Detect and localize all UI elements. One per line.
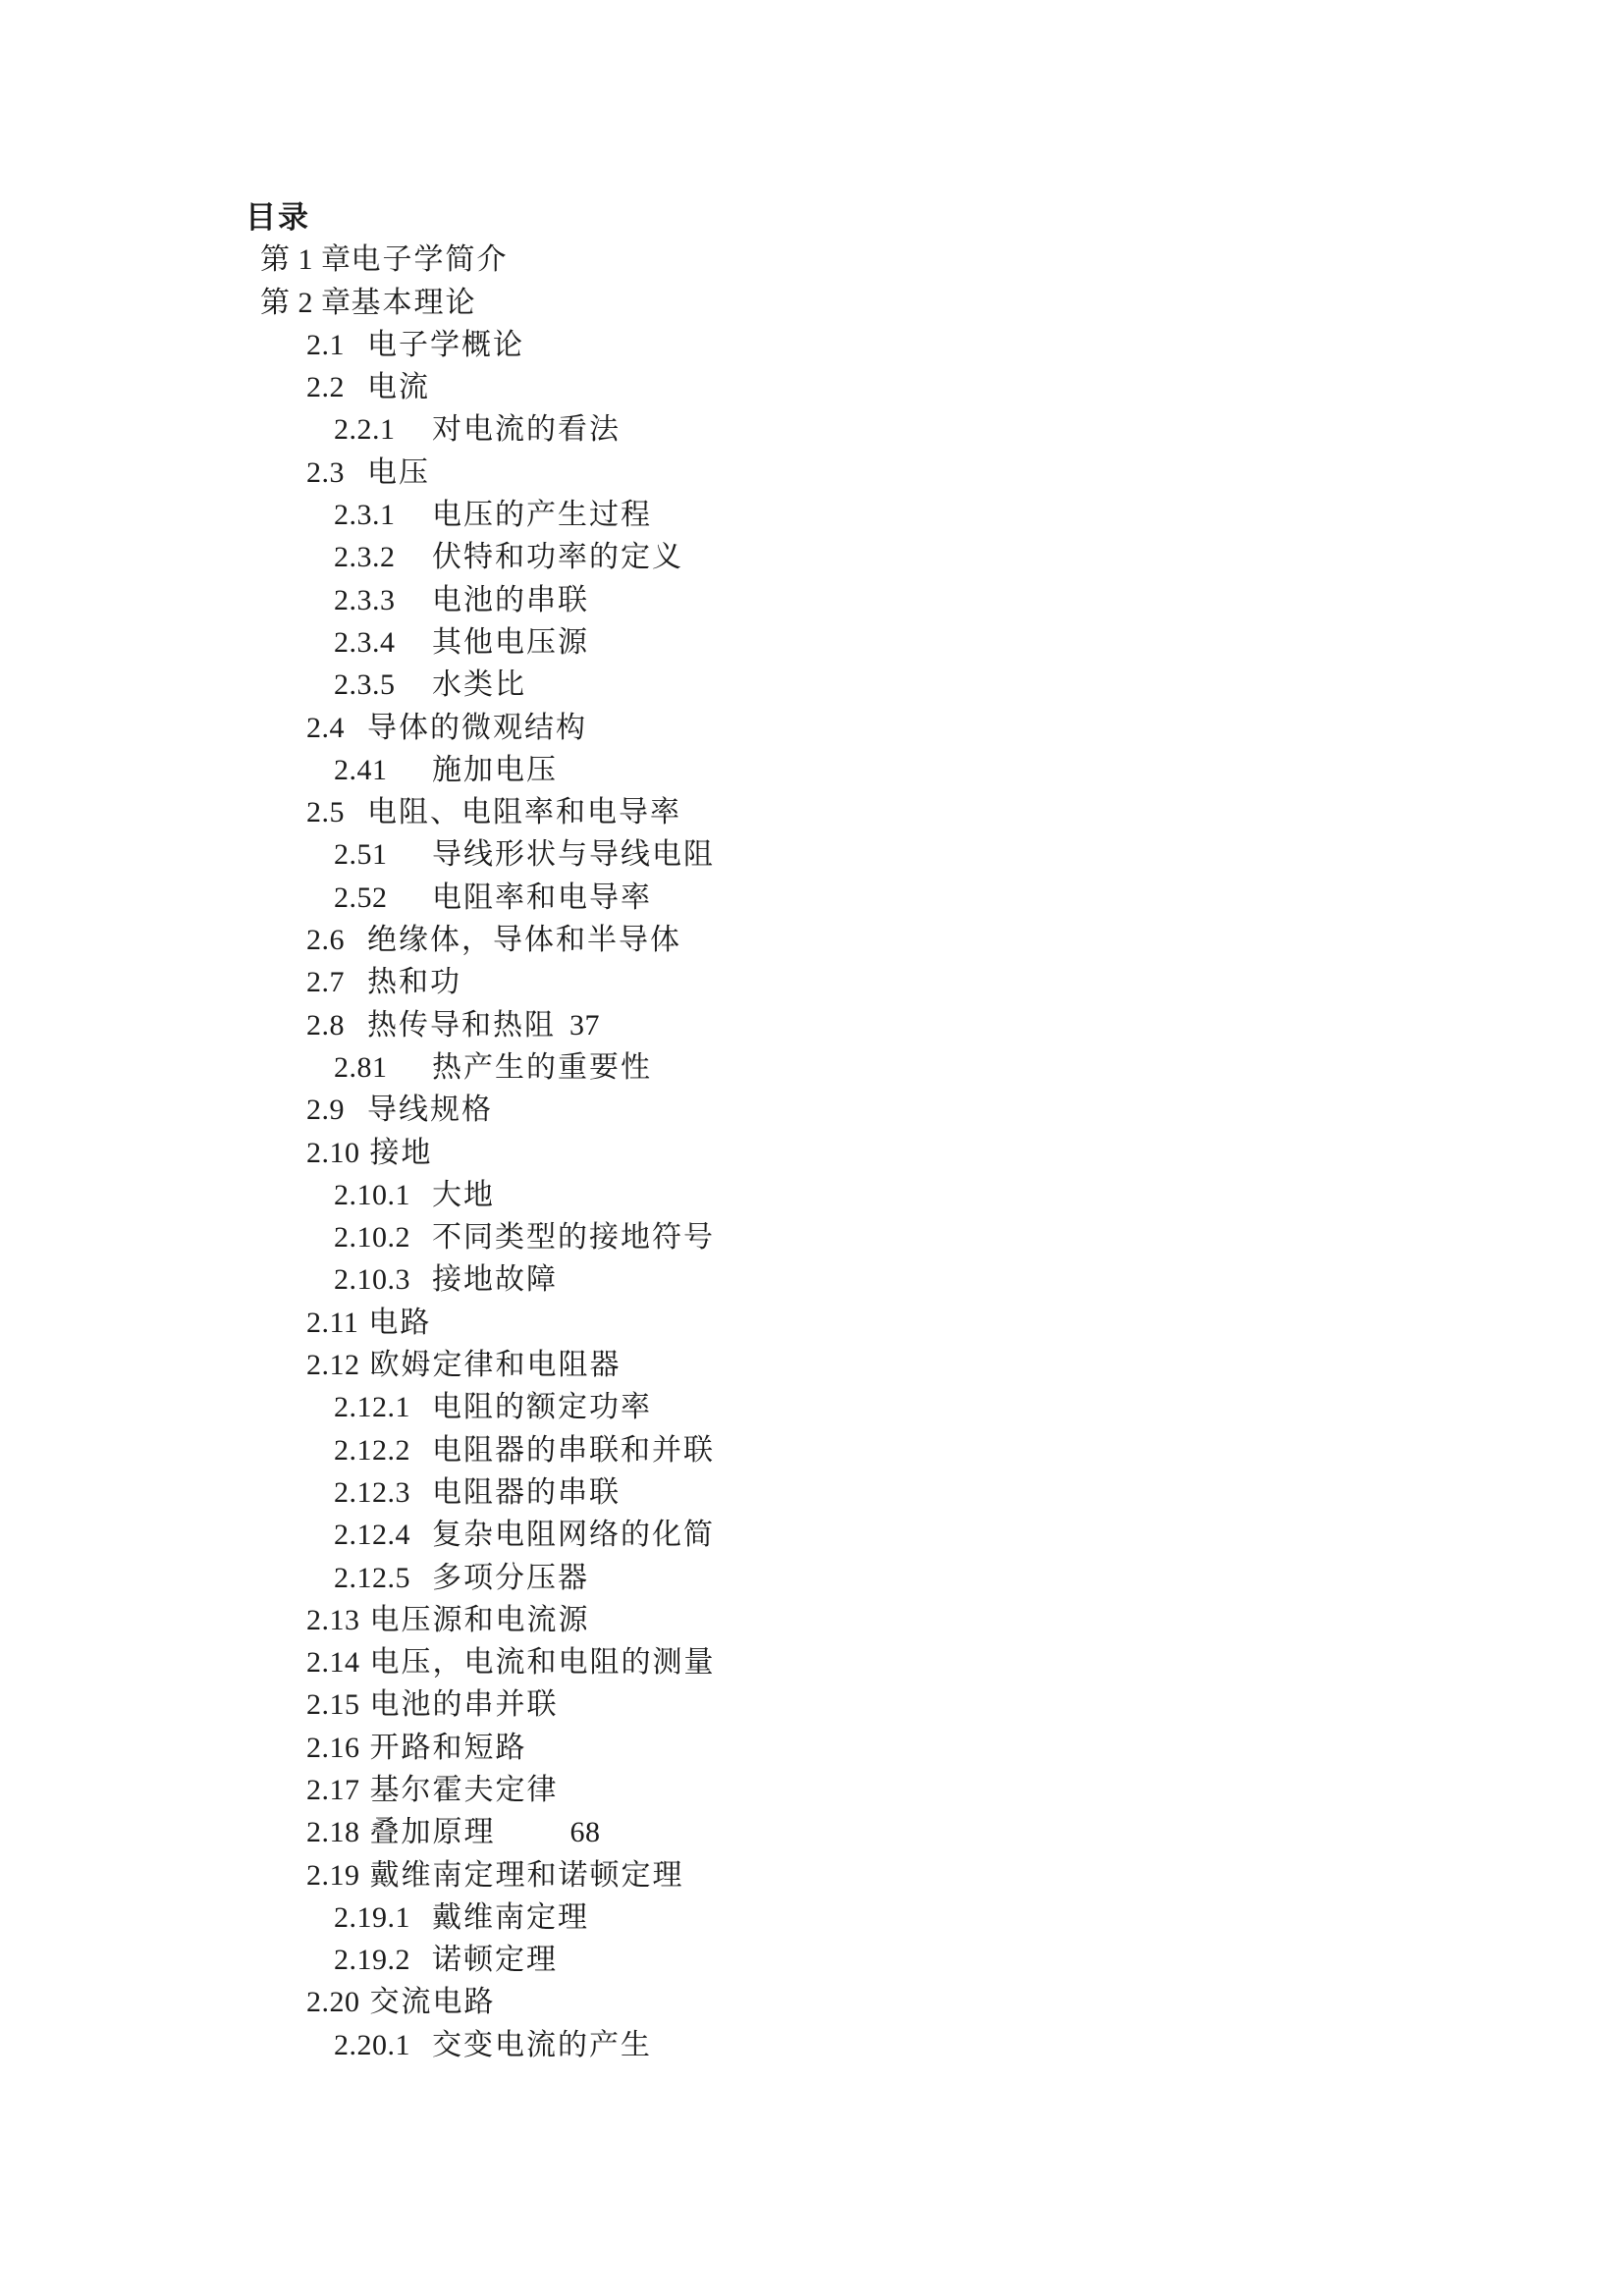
toc-entry-title: 导体的微观结构 [367,712,587,744]
toc-entry: 2.19.2诺顿定理 [0,1939,1624,1981]
toc-entry-title: 其他电压源 [432,626,589,659]
toc-entry-number: 2.11 [306,1302,358,1344]
toc-entry-number: 2.3.2 [334,536,418,578]
toc-entry: 第 1 章电子学简介 [0,239,1624,281]
toc-entry-number: 2.3.5 [334,664,418,706]
toc-entry: 2.2.1对电流的看法 [0,408,1624,451]
toc-entry-number: 2.51 [334,833,418,876]
toc-entry-number: 2.14 [306,1641,360,1683]
toc-entry: 2.41施加电压 [0,749,1624,791]
toc-entry: 2.14电压，电流和电阻的测量 [0,1641,1624,1683]
toc-entry-title: 电阻器的串联和并联 [432,1434,715,1467]
toc-entry-title: 施加电压 [432,754,558,786]
toc-entry: 2.3.1电压的产生过程 [0,494,1624,536]
toc-entry-title: 电压，电流和电阻的测量 [370,1646,716,1679]
toc-entry-number: 2.5 [306,791,357,833]
toc-entry: 2.3.5水类比 [0,664,1624,706]
toc-entry: 第 2 章基本理论 [0,282,1624,324]
toc-entry-title: 导线规格 [367,1094,493,1126]
toc-entry-number: 2.9 [306,1089,357,1131]
toc-entry-title: 基本理论 [352,287,477,319]
toc-entry-number: 第 2 章 [260,287,352,319]
toc-entry: 2.12.1电阻的额定功率 [0,1386,1624,1428]
toc-entry-number: 2.1 [306,324,357,366]
toc-entry: 2.16开路和短路 [0,1727,1624,1769]
toc-entry-number: 2.10.2 [334,1216,418,1258]
toc-entry-number: 2.3.3 [334,579,418,621]
toc-entry-title: 电压源和电流源 [370,1604,590,1636]
toc-entry: 2.20交流电路 [0,1981,1624,2023]
toc-entry-title: 大地 [432,1179,495,1211]
toc-entry-title: 伏特和功率的定义 [432,541,683,573]
toc-entry: 2.6绝缘体，导体和半导体 [0,919,1624,961]
toc-entry: 2.7热和功 [0,961,1624,1003]
toc-entry-number: 2.10 [306,1132,360,1174]
toc-entry: 2.12.5多项分压器 [0,1557,1624,1599]
toc-entry-title: 电池的串联 [432,584,589,616]
toc-title: 目录 [0,196,1624,239]
toc-entry-number: 2.10.3 [334,1258,418,1301]
toc-entry-title: 不同类型的接地符号 [432,1221,715,1254]
toc-entry-title: 电子学简介 [352,243,509,276]
toc-entry-title: 电阻率和电导率 [432,881,652,914]
toc-entry: 2.5电阻、电阻率和电导率 [0,791,1624,833]
toc-entry-number: 2.15 [306,1683,360,1726]
document-scan-page: { "toc": { "title": "目录", "entries": [ {… [0,0,1624,2296]
toc-entry-title: 交变电流的产生 [432,2029,652,2061]
toc-entry: 2.18叠加原理68 [0,1811,1624,1853]
toc-entry-title: 戴维南定理和诺顿定理 [370,1859,684,1892]
toc-entry: 2.12欧姆定律和电阻器 [0,1344,1624,1386]
toc-list: 第 1 章电子学简介第 2 章基本理论2.1电子学概论2.2电流2.2.1对电流… [0,239,1624,2066]
toc-entry: 2.13电压源和电流源 [0,1599,1624,1641]
toc-entry: 2.81热产生的重要性 [0,1046,1624,1089]
toc-entry-number: 2.3.4 [334,621,418,664]
toc-entry: 2.20.1交变电流的产生 [0,2024,1624,2066]
toc-entry: 2.3.4其他电压源 [0,621,1624,664]
toc-entry-title: 基尔霍夫定律 [370,1774,559,1806]
toc-entry: 2.12.3电阻器的串联 [0,1471,1624,1514]
toc-entry-title: 多项分压器 [432,1562,589,1594]
toc-entry-title: 电压的产生过程 [432,499,652,531]
toc-entry-number: 2.20 [306,1981,360,2023]
toc-entry-title: 电压 [367,456,430,489]
toc-entry-title: 接地 [370,1137,433,1169]
toc-entry-title: 热传导和热阻 [367,1009,556,1041]
toc-entry: 2.19.1戴维南定理 [0,1896,1624,1939]
toc-entry-number: 2.4 [306,707,357,749]
toc-entry: 2.19戴维南定理和诺顿定理 [0,1854,1624,1896]
toc-entry-number: 2.6 [306,919,357,961]
toc-entry-page: 37 [569,1009,600,1041]
toc-entry: 2.2电流 [0,366,1624,408]
toc-entry-title: 对电流的看法 [432,413,621,446]
toc-entry: 2.12.2电阻器的串联和并联 [0,1429,1624,1471]
toc-entry-title: 热产生的重要性 [432,1051,652,1084]
toc-entry-number: 2.2 [306,366,357,408]
document-page: 目录 第 1 章电子学简介第 2 章基本理论2.1电子学概论2.2电流2.2.1… [0,0,1624,2296]
toc-entry: 2.10.2不同类型的接地符号 [0,1216,1624,1258]
toc-entry-title: 电池的串并联 [370,1688,559,1721]
toc-entry-number: 2.13 [306,1599,360,1641]
toc-entry-number: 2.12.5 [334,1557,418,1599]
toc-entry-page: 68 [570,1816,601,1848]
toc-entry-number: 2.12.2 [334,1429,418,1471]
toc-entry-number: 2.2.1 [334,408,418,451]
toc-entry-number: 2.19.1 [334,1896,418,1939]
toc-entry-number: 2.12.1 [334,1386,418,1428]
toc-entry-title: 复杂电阻网络的化简 [432,1519,715,1551]
toc-entry-number: 2.3 [306,452,357,494]
toc-entry-title: 叠加原理 [370,1816,496,1848]
toc-entry-number: 2.18 [306,1811,360,1853]
toc-entry: 2.10.3接地故障 [0,1258,1624,1301]
toc-entry-number: 2.12 [306,1344,360,1386]
toc-entry-title: 电子学概论 [367,329,524,361]
toc-entry: 2.9导线规格 [0,1089,1624,1131]
toc-entry-number: 2.16 [306,1727,360,1769]
toc-entry-number: 2.20.1 [334,2024,418,2066]
toc-entry-title: 水类比 [432,668,526,701]
toc-entry: 2.8热传导和热阻37 [0,1004,1624,1046]
toc-entry: 2.12.4复杂电阻网络的化简 [0,1514,1624,1556]
toc-entry-title: 绝缘体，导体和半导体 [367,924,681,956]
toc-entry-title: 热和功 [367,966,461,998]
toc-entry-number: 2.19.2 [334,1939,418,1981]
toc-entry-number: 2.52 [334,877,418,919]
toc-entry-title: 电阻的额定功率 [432,1391,652,1423]
toc-entry: 2.4导体的微观结构 [0,707,1624,749]
toc-entry-title: 戴维南定理 [432,1901,589,1934]
toc-entry: 2.1电子学概论 [0,324,1624,366]
toc-entry: 2.15电池的串并联 [0,1683,1624,1726]
toc-entry: 2.10接地 [0,1132,1624,1174]
toc-entry-number: 第 1 章 [260,243,352,276]
toc-entry-title: 电路 [368,1307,431,1339]
toc-entry: 2.17基尔霍夫定律 [0,1769,1624,1811]
toc-entry-number: 2.81 [334,1046,418,1089]
toc-entry-title: 电阻、电阻率和电导率 [367,796,681,828]
toc-entry: 2.51导线形状与导线电阻 [0,833,1624,876]
toc-entry-number: 2.41 [334,749,418,791]
toc-entry-number: 2.12.3 [334,1471,418,1514]
toc-entry-title: 电流 [367,371,430,403]
toc-entry-title: 开路和短路 [370,1732,527,1764]
toc-entry: 2.11电路 [0,1302,1624,1344]
toc-entry: 2.3.2伏特和功率的定义 [0,536,1624,578]
toc-entry-number: 2.8 [306,1004,357,1046]
toc-entry-title: 欧姆定律和电阻器 [370,1349,622,1381]
toc-entry-number: 2.19 [306,1854,360,1896]
toc-entry-title: 电阻器的串联 [432,1476,621,1509]
toc-entry-number: 2.12.4 [334,1514,418,1556]
toc-entry: 2.3电压 [0,452,1624,494]
toc-entry-number: 2.3.1 [334,494,418,536]
toc-entry-title: 导线形状与导线电阻 [432,838,715,871]
toc-entry-title: 交流电路 [370,1986,496,2018]
toc-entry: 2.3.3电池的串联 [0,579,1624,621]
toc-entry-number: 2.10.1 [334,1174,418,1216]
toc-entry: 2.52电阻率和电导率 [0,877,1624,919]
toc-entry-number: 2.7 [306,961,357,1003]
toc-entry-title: 诺顿定理 [432,1944,558,1976]
toc-entry-number: 2.17 [306,1769,360,1811]
table-of-contents: 目录 第 1 章电子学简介第 2 章基本理论2.1电子学概论2.2电流2.2.1… [0,196,1624,2066]
toc-entry: 2.10.1大地 [0,1174,1624,1216]
toc-entry-title: 接地故障 [432,1263,558,1296]
